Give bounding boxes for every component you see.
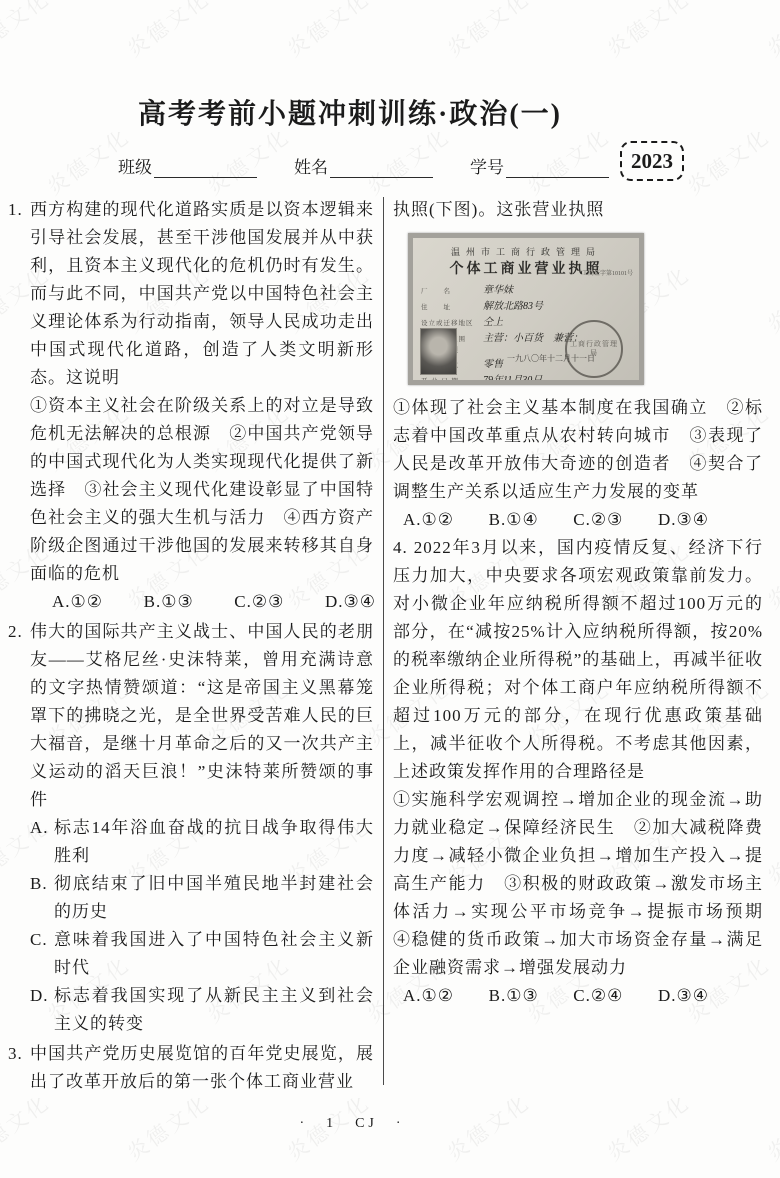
license-row-label: 厂 名 xyxy=(421,286,483,295)
question-1: 1. 西方构建的现代化道路实质是以资本逻辑来引导社会发展，甚至干涉他国发展并从中… xyxy=(8,196,374,616)
name-field: 姓名 xyxy=(294,153,433,178)
license-paper: 温州市工商行政管理局 个体工商业营业执照 工商证字第10101号 厂 名 章华妹… xyxy=(413,238,639,380)
question-3: 3. 中国共产党历史展览馆的百年党史展览，展出了改革开放后的第一张个体工商业营业 xyxy=(8,1040,374,1096)
question-2-option-d: D. 标志着我国实现了从新民主主义到社会主义的转变 xyxy=(30,982,374,1038)
right-column: 执照(下图)。这张营业执照 温州市工商行政管理局 个体工商业营业执照 工商证字第… xyxy=(393,196,763,1010)
choice-c: C.②③ xyxy=(234,588,284,616)
question-3-stem-continued: 执照(下图)。这张营业执照 xyxy=(393,196,763,224)
license-row: 厂 名 章华妹 xyxy=(421,281,639,296)
watermark-text: 炎德文化 xyxy=(280,0,375,63)
question-2-option-b: B. 彻底结束了旧中国半殖民地半封建社会的历史 xyxy=(30,870,374,926)
question-3-number: 3. xyxy=(8,1040,23,1068)
watermark-text: 炎德文化 xyxy=(760,1087,780,1168)
column-divider xyxy=(383,197,384,1085)
option-text: 彻底结束了旧中国半殖民地半封建社会的历史 xyxy=(54,874,374,921)
exam-page: 炎德文化炎德文化炎德文化炎德文化炎德文化炎德文化炎德文化炎德文化炎德文化炎德文化… xyxy=(0,0,780,1178)
license-row-value: 79年11月30日 xyxy=(483,371,542,380)
choice-a: A.①② xyxy=(403,506,454,534)
student-id-field: 学号 xyxy=(470,153,609,178)
question-2-option-a: A. 标志14年浴血奋战的抗日战争取得伟大胜利 xyxy=(30,814,374,870)
license-row-label: 住 址 xyxy=(421,302,483,311)
license-portrait-photo xyxy=(420,328,457,375)
option-text: 标志着我国实现了从新民主主义到社会主义的转变 xyxy=(54,986,374,1033)
license-row-value: 章华妹 xyxy=(483,281,513,296)
choice-d: D.③④ xyxy=(658,982,709,1010)
business-license-photo: 温州市工商行政管理局 个体工商业营业执照 工商证字第10101号 厂 名 章华妹… xyxy=(408,233,644,385)
watermark-text: 炎德文化 xyxy=(600,0,695,63)
choice-c: C.②③ xyxy=(573,506,623,534)
page-title: 高考考前小题冲刺训练·政治(一) xyxy=(60,92,640,132)
option-label: B. xyxy=(30,870,48,898)
question-4-stem-text: 2022年3月以来，国内疫情反复、经济下行压力加大，中央要求各项宏观政策靠前发力… xyxy=(393,538,763,781)
question-2-number: 2. xyxy=(8,618,23,646)
left-column: 1. 西方构建的现代化道路实质是以资本逻辑来引导社会发展，甚至干涉他国发展并从中… xyxy=(8,196,374,1098)
question-3-items: ①体现了社会主义基本制度在我国确立 ②标志着中国改革重点从农村转向城市 ③表现了… xyxy=(393,394,763,506)
question-2-stem: 伟大的国际共产主义战士、中国人民的老朋友——艾格尼丝·史沫特莱，曾用充满诗意的文… xyxy=(30,618,374,814)
license-row-label: 开 业 日 期 xyxy=(421,376,483,380)
question-4: 4.2022年3月以来，国内疫情反复、经济下行压力加大，中央要求各项宏观政策靠前… xyxy=(393,534,763,1010)
question-4-number: 4. xyxy=(393,538,408,557)
question-1-number: 1. xyxy=(8,196,23,224)
question-2: 2. 伟大的国际共产主义战士、中国人民的老朋友——艾格尼丝·史沫特莱，曾用充满诗… xyxy=(8,618,374,1038)
question-2-option-c: C. 意味着我国进入了中国特色社会主义新时代 xyxy=(30,926,374,982)
license-row-value: 零售 xyxy=(483,355,503,370)
question-1-choices: A.①② B.①③ C.②③ D.③④ xyxy=(30,588,376,616)
page-number: · 1 CJ · xyxy=(2,1112,702,1132)
class-field: 班级 xyxy=(118,153,257,178)
license-agency: 温州市工商行政管理局 xyxy=(413,238,639,258)
name-blank-line xyxy=(330,158,433,178)
option-label: A. xyxy=(30,814,49,842)
license-official-stamp: 工商行政管理局 xyxy=(565,320,623,378)
question-1-items: ①资本主义社会在阶级关系上的对立是导致危机无法解决的总根源 ②中国共产党领导的中… xyxy=(30,392,374,588)
student-id-label: 学号 xyxy=(470,153,504,178)
student-id-blank-line xyxy=(506,158,609,178)
choice-a: A.①② xyxy=(403,982,454,1010)
watermark-text: 炎德文化 xyxy=(440,0,535,63)
class-label: 班级 xyxy=(118,153,152,178)
watermark-text: 炎德文化 xyxy=(0,0,56,63)
choice-b: B.①③ xyxy=(144,588,194,616)
question-3-stem-left: 中国共产党历史展览馆的百年党史展览，展出了改革开放后的第一张个体工商业营业 xyxy=(30,1040,374,1096)
question-4-items: ①实施科学宏观调控→增加企业的现金流→助力就业稳定→保障经济民生 ②加大减税降费… xyxy=(393,786,763,982)
watermark-text: 炎德文化 xyxy=(760,259,780,340)
choice-d: D.③④ xyxy=(325,588,376,616)
choice-d: D.③④ xyxy=(658,506,709,534)
license-row: 住 址 解放北路83号 xyxy=(421,297,639,312)
year-badge: 2023 xyxy=(620,141,684,181)
choice-b: B.①④ xyxy=(489,506,539,534)
student-info-row: 班级 姓名 学号 xyxy=(118,153,646,178)
watermark-text: 炎德文化 xyxy=(760,535,780,616)
watermark-text: 炎德文化 xyxy=(680,121,775,202)
question-1-stem: 西方构建的现代化道路实质是以资本逻辑来引导社会发展，甚至干涉他国发展并从中获利，… xyxy=(30,196,374,392)
choice-c: C.②④ xyxy=(573,982,623,1010)
name-label: 姓名 xyxy=(294,153,328,178)
question-4-stem: 4.2022年3月以来，国内疫情反复、经济下行压力加大，中央要求各项宏观政策靠前… xyxy=(393,534,763,786)
watermark-text: 炎德文化 xyxy=(760,811,780,892)
class-blank-line xyxy=(154,158,257,178)
license-row-label: 设立或迁移地区 xyxy=(421,318,483,327)
watermark-text: 炎德文化 xyxy=(760,0,780,63)
option-label: D. xyxy=(30,982,49,1010)
license-row-value: 仝上 xyxy=(483,313,503,328)
watermark-text: 炎德文化 xyxy=(120,0,215,63)
choice-a: A.①② xyxy=(52,588,103,616)
option-label: C. xyxy=(30,926,48,954)
question-3-choices: A.①② B.①④ C.②③ D.③④ xyxy=(393,506,709,534)
question-4-choices: A.①② B.①③ C.②④ D.③④ xyxy=(393,982,709,1010)
license-row-value: 解放北路83号 xyxy=(483,297,543,312)
option-text: 标志14年浴血奋战的抗日战争取得伟大胜利 xyxy=(54,818,374,865)
license-serial: 工商证字第10101号 xyxy=(582,268,633,277)
option-text: 意味着我国进入了中国特色社会主义新时代 xyxy=(54,930,374,977)
choice-b: B.①③ xyxy=(489,982,539,1010)
